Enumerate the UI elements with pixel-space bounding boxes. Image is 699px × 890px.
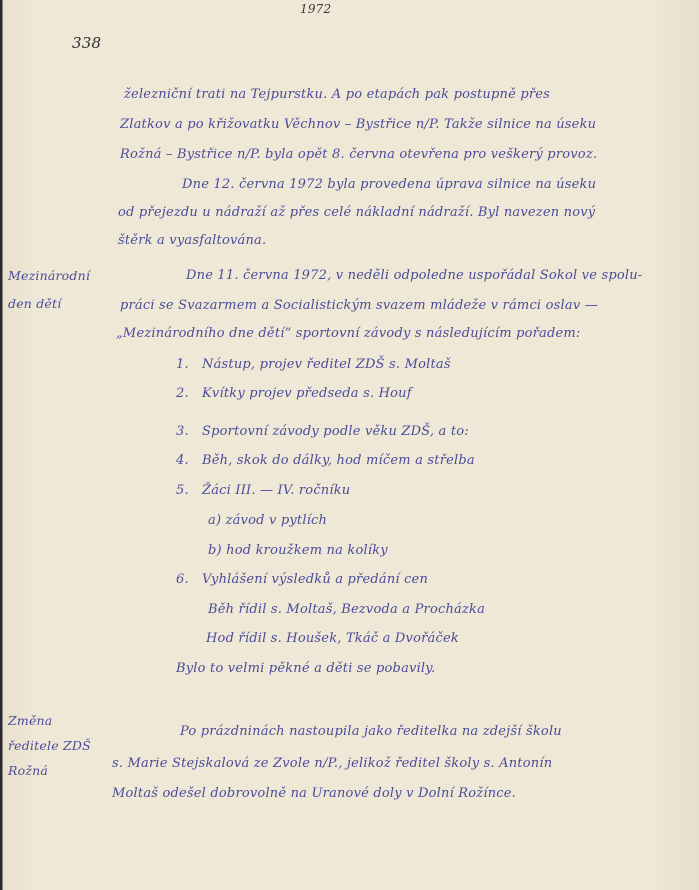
text-line: Rožná – Bystřice n/P. byla opět 8. červn… (120, 147, 597, 162)
program-item: 2.Kvítky projev předseda s. Houf (176, 386, 412, 401)
margin-title: Mezinárodní (8, 268, 90, 283)
margin-title: Rožná (8, 763, 48, 778)
text-line: s. Marie Stejskalová ze Zvole n/P., jeli… (112, 756, 552, 771)
program-item: 1.Nástup, projev ředitel ZDŠ s. Moltaš (176, 357, 451, 372)
text-line: Zlatkov a po křižovatku Věchnov – Bystři… (120, 117, 596, 132)
program-subitem: b) hod kroužkem na kolíky (208, 543, 388, 558)
handwritten-chronicle-page: 1972 338 železniční trati na Tejpurstku.… (0, 0, 699, 890)
text-line: Po prázdninách nastoupila jako ředitelka… (180, 724, 562, 739)
margin-title: ředitele ZDŠ (8, 738, 91, 753)
text-line: štěrk a vyasfaltována. (118, 233, 266, 248)
text-line: práci se Svazarmem a Socialistickým svaz… (120, 298, 598, 313)
text-line: železniční trati na Tejpurstku. A po eta… (124, 87, 550, 102)
text-line: Dne 12. června 1972 byla provedena úprav… (182, 177, 596, 192)
program-item: 3.Sportovní závody podle věku ZDŠ, a to: (176, 424, 469, 439)
margin-title: Změna (8, 713, 52, 728)
text-line: od přejezdu u nádraží až přes celé nákla… (118, 205, 595, 220)
page-number: 338 (72, 34, 101, 52)
text-line: Moltaš odešel dobrovolně na Uranové doly… (112, 786, 516, 801)
program-subitem: Hod řídil s. Houšek, Tkáč a Dvořáček (206, 631, 459, 646)
program-subitem: a) závod v pytlích (208, 513, 327, 528)
text-line: Dne 11. června 1972, v neděli odpoledne … (186, 268, 642, 283)
text-line: „Mezinárodního dne dětí“ sportovní závod… (116, 326, 581, 341)
program-item: 5.Žáci III. — IV. ročníku (176, 483, 350, 498)
program-item: 4.Běh, skok do dálky, hod míčem a střelb… (176, 453, 475, 468)
closing-line: Bylo to velmi pěkné a děti se pobavily. (176, 661, 435, 676)
page-year-header: 1972 (300, 2, 331, 16)
program-subitem: Běh řídil s. Moltaš, Bezvoda a Procházka (208, 602, 485, 617)
margin-title: den dětí (8, 296, 61, 311)
program-item: 6.Vyhlášení výsledků a předání cen (176, 572, 428, 587)
